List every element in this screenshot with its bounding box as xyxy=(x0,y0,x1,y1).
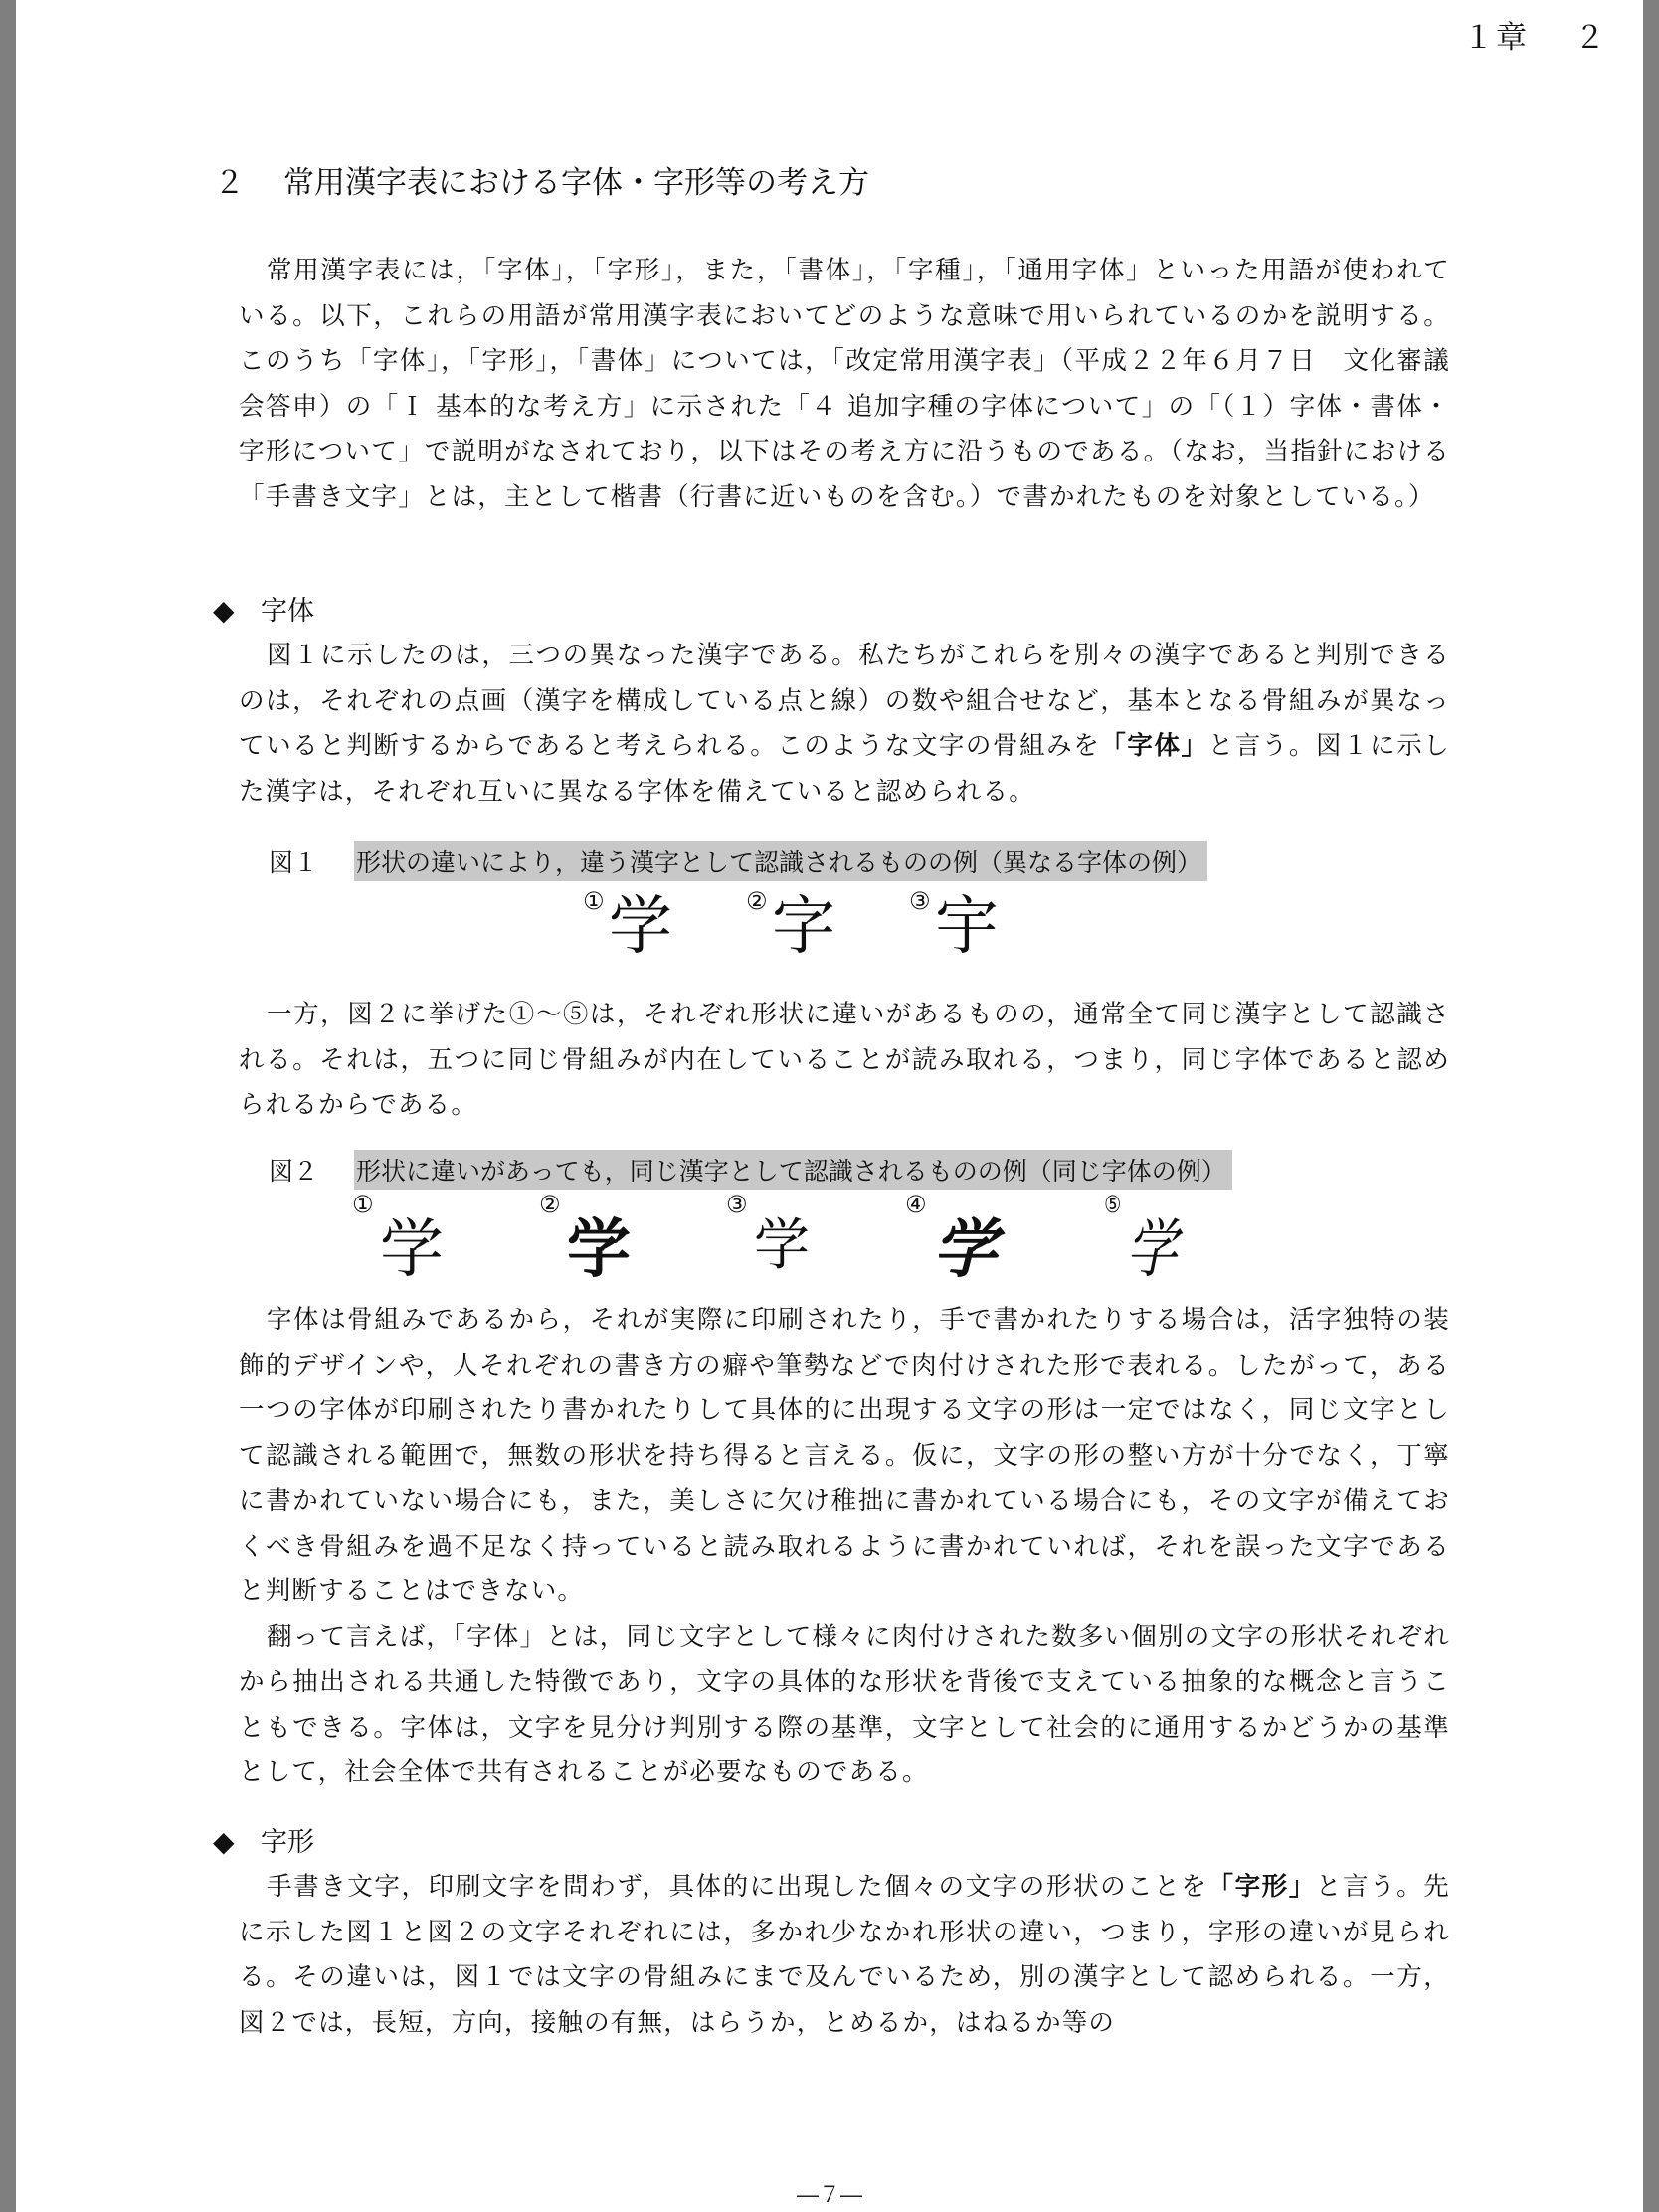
glyph-char: 学 xyxy=(380,1213,444,1287)
glyph-number: ③ xyxy=(726,1193,748,1216)
section-number: ２ xyxy=(214,157,283,202)
glyph-number: ⑤ xyxy=(1104,1193,1121,1216)
diamond-bullet-icon: ◆ xyxy=(213,594,261,627)
jikei-paragraph-1: 手書き文字，印刷文字を問わず，具体的に出現した個々の文字の形状のことを「字形」と… xyxy=(239,1865,1450,2046)
section-title-text: 常用漢字表における字体・字形等の考え方 xyxy=(283,165,869,201)
figure-2-glyph: ③学 xyxy=(754,1218,810,1282)
running-head-chapter: １章 xyxy=(1463,20,1529,56)
glyph-number: ① xyxy=(352,1193,374,1216)
figure-1-caption: 図１ 形状の違いにより，違う漢字として認識されるものの例（異なる字体の例） xyxy=(269,841,1207,881)
figure-2-glyph: ①学 xyxy=(380,1218,444,1282)
jikei-para1-block: 手書き文字，印刷文字を問わず，具体的に出現した個々の文字の形状のことを「字形」と… xyxy=(239,1865,1450,2046)
glyph-char: 学 xyxy=(567,1213,631,1287)
figure-1-label: 図１ xyxy=(269,843,354,879)
intro-block: 常用漢字表には，「字体」，「字形」，また，「書体」，「字種」，「通用字体」といっ… xyxy=(239,249,1450,520)
text-run: 手書き文字，印刷文字を問わず，具体的に出現した個々の文字の形状のことを xyxy=(267,1872,1207,1902)
glyph-char: 学 xyxy=(1126,1213,1177,1287)
keyword-jikei: 「字形」 xyxy=(1207,1872,1315,1902)
page-number: ―７― xyxy=(0,2178,1659,2209)
jitai-para1-block: 図１に示したのは，三つの異なった漢字である。私たちがこれらを別々の漢字であると判… xyxy=(239,634,1450,815)
glyph-char: 宇 xyxy=(935,890,999,964)
jitai-paragraph-2: 一方，図２に挙げた①～⑤は，それぞれ形状に違いがあるものの，通常全て同じ漢字とし… xyxy=(239,993,1450,1129)
intro-paragraph: 常用漢字表には，「字体」，「字形」，また，「書体」，「字種」，「通用字体」といっ… xyxy=(239,249,1450,520)
figure-1-glyph: ③宇 xyxy=(935,895,999,959)
jitai-paragraph-3: 字体は骨組みであるから，それが実際に印刷されたり，手で書かれたりする場合は，活字… xyxy=(239,1298,1450,1615)
figure-2-caption: 図２ 形状に違いがあっても，同じ漢字として認識されるものの例（同じ字体の例） xyxy=(269,1150,1232,1190)
glyph-number: ② xyxy=(746,889,768,913)
jitai-para3-block: 字体は骨組みであるから，それが実際に印刷されたり，手で書かれたりする場合は，活字… xyxy=(239,1298,1450,1796)
heading-jitai: ◆字体 xyxy=(213,589,314,628)
figure-2-glyph: ④学 xyxy=(933,1218,997,1282)
heading-jitai-text: 字体 xyxy=(261,596,314,627)
viewer-right-margin xyxy=(1643,0,1659,2212)
glyph-number: ④ xyxy=(905,1193,927,1216)
glyph-number: ① xyxy=(583,889,605,913)
glyph-char: 字 xyxy=(772,890,835,964)
heading-jikei-text: 字形 xyxy=(261,1827,314,1858)
figure-2-glyph: ②学 xyxy=(567,1218,631,1282)
figure-1-glyphs: ①学 ②字 ③宇 xyxy=(609,895,999,959)
figure-1-glyph: ②字 xyxy=(772,895,835,959)
glyph-number: ③ xyxy=(909,889,931,913)
jitai-paragraph-1: 図１に示したのは，三つの異なった漢字である。私たちがこれらを別々の漢字であると判… xyxy=(239,634,1450,815)
figure-1-caption-text: 形状の違いにより，違う漢字として認識されるものの例（異なる字体の例） xyxy=(354,841,1207,881)
jitai-para2-block: 一方，図２に挙げた①～⑤は，それぞれ形状に違いがあるものの，通常全て同じ漢字とし… xyxy=(239,993,1450,1129)
figure-2-label: 図２ xyxy=(269,1152,354,1188)
figure-2-glyphs: ①学 ②学 ③学 ④学 ⑤学 xyxy=(380,1218,1184,1282)
diamond-bullet-icon: ◆ xyxy=(213,1825,261,1858)
section-title: ２常用漢字表における字体・字形等の考え方 xyxy=(214,157,869,202)
viewer-left-margin xyxy=(0,0,16,2212)
figure-2-caption-text: 形状に違いがあっても，同じ漢字として認識されるものの例（同じ字体の例） xyxy=(354,1150,1232,1190)
glyph-char: 学 xyxy=(933,1212,997,1287)
glyph-char: 学 xyxy=(754,1213,810,1278)
heading-jikei: ◆字形 xyxy=(213,1820,314,1859)
figure-1-glyph: ①学 xyxy=(609,895,672,959)
jitai-paragraph-4: 翻って言えば，「字体」とは，同じ文字として様々に肉付けされた数多い個別の文字の形… xyxy=(239,1615,1450,1796)
glyph-number: ② xyxy=(539,1193,561,1216)
keyword-jitai: 「字体」 xyxy=(1100,731,1207,761)
running-head-section: ２ xyxy=(1574,20,1607,56)
running-head: １章２ xyxy=(1463,12,1607,57)
glyph-char: 学 xyxy=(609,890,672,964)
figure-2-glyph: ⑤学 xyxy=(1126,1218,1177,1282)
